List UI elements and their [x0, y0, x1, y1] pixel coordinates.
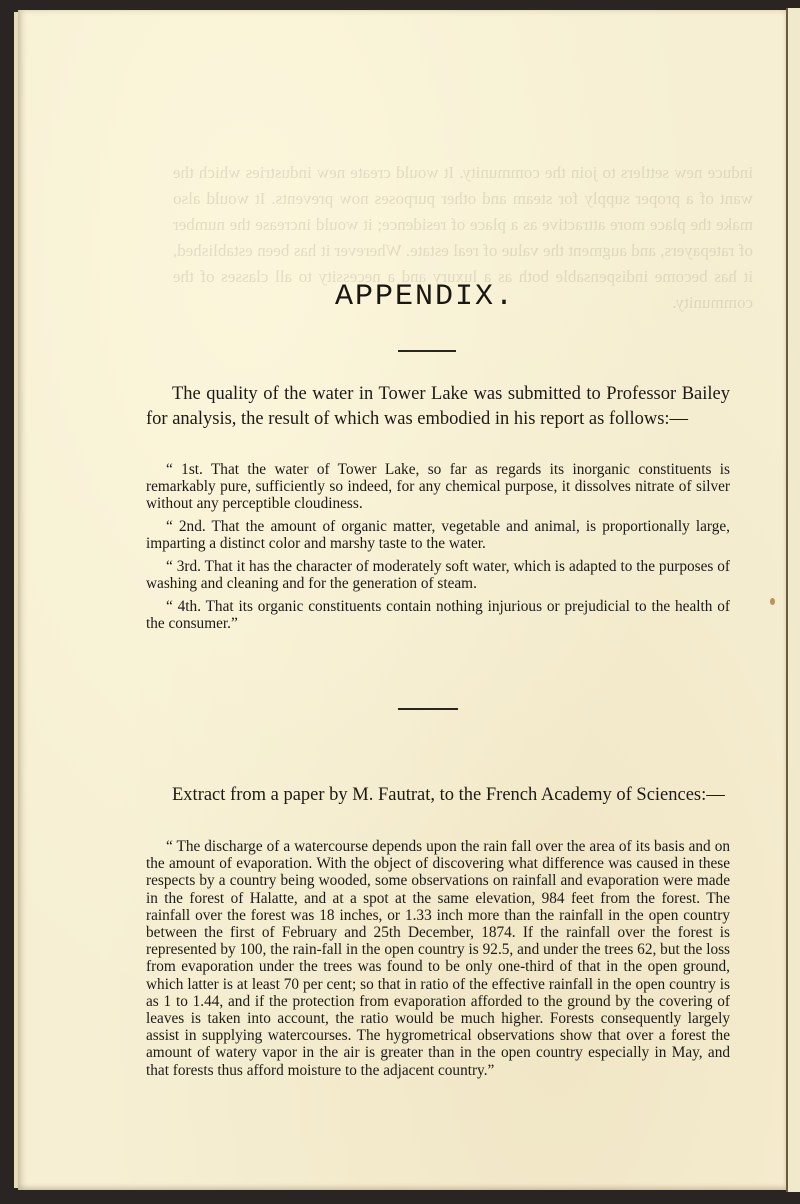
- finding-4: “ 4th. That its organic constituents con…: [146, 598, 730, 632]
- title-divider: [398, 350, 456, 352]
- scan-background: induce new settlers to join the communit…: [0, 0, 800, 1204]
- finding-2: “ 2nd. That the amount of organic matter…: [146, 518, 730, 552]
- page-content: APPENDIX. The quality of the water in To…: [0, 0, 800, 1204]
- fautrat-extract-intro: Extract from a paper by M. Fautrat, to t…: [146, 783, 730, 808]
- finding-3: “ 3rd. That it has the character of mode…: [146, 558, 730, 592]
- water-quality-intro: The quality of the water in Tower Lake w…: [146, 382, 730, 432]
- section-divider: [398, 708, 458, 710]
- finding-1: “ 1st. That the water of Tower Lake, so …: [146, 461, 730, 512]
- fautrat-extract-quote: “ The discharge of a watercourse depends…: [146, 838, 730, 1079]
- appendix-title: APPENDIX.: [250, 280, 600, 314]
